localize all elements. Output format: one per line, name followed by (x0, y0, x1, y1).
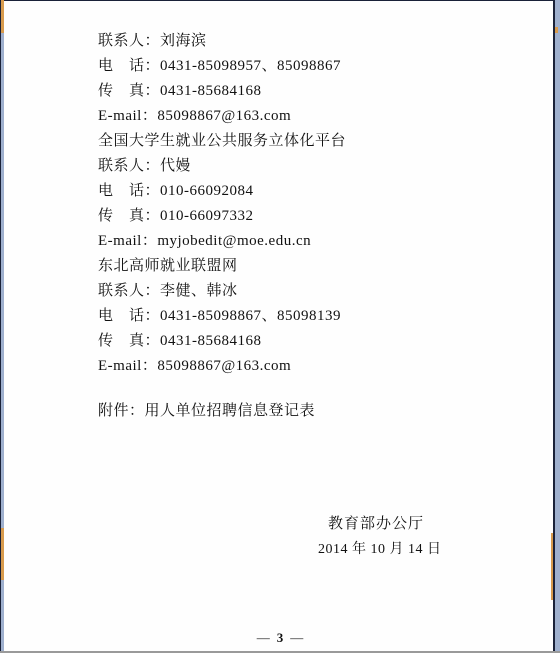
fax-line: 传 真：010-66097332 (98, 204, 346, 229)
page-frame-left-orange-segment-top (1, 0, 4, 33)
page-number-dash-left: — (257, 630, 270, 645)
page-number-dash-right: — (290, 630, 303, 645)
page-frame-right-orange-segment-top (555, 27, 558, 33)
contact-line: 联系人：代嫚 (98, 154, 346, 179)
fax-line: 传 真：0431-85684168 (98, 329, 346, 354)
contact-line: 联系人：刘海滨 (98, 29, 346, 54)
email-line: E-mail：85098867@163.com (98, 354, 346, 379)
platform-title: 东北高师就业联盟网 (98, 254, 346, 279)
page-frame-right-strip (555, 0, 560, 653)
page-frame-right-orange-segment-bottom (551, 533, 553, 600)
contact-line: 联系人：李健、韩冰 (98, 279, 346, 304)
fax-line: 传 真：0431-85684168 (98, 79, 346, 104)
phone-line: 电 话：010-66092084 (98, 179, 346, 204)
phone-line: 电 话：0431-85098867、85098139 (98, 304, 346, 329)
page-number-footer: —3— (0, 630, 560, 646)
document-body: 联系人：刘海滨 电 话：0431-85098957、85098867 传 真：0… (98, 29, 346, 424)
signature-date: 2014 年 10 月 14 日 (318, 538, 442, 558)
page-number: 3 (277, 630, 284, 645)
attachment-line: 附件：用人单位招聘信息登记表 (98, 399, 346, 424)
signature-organization: 教育部办公厅 (328, 512, 424, 533)
email-line: E-mail：85098867@163.com (98, 104, 346, 129)
page-frame-top-edge (0, 0, 560, 1)
platform-title: 全国大学生就业公共服务立体化平台 (98, 129, 346, 154)
email-line: E-mail：myjobedit@moe.edu.cn (98, 229, 346, 254)
page-frame-left-orange-segment-bottom (1, 528, 4, 580)
phone-line: 电 话：0431-85098957、85098867 (98, 54, 346, 79)
